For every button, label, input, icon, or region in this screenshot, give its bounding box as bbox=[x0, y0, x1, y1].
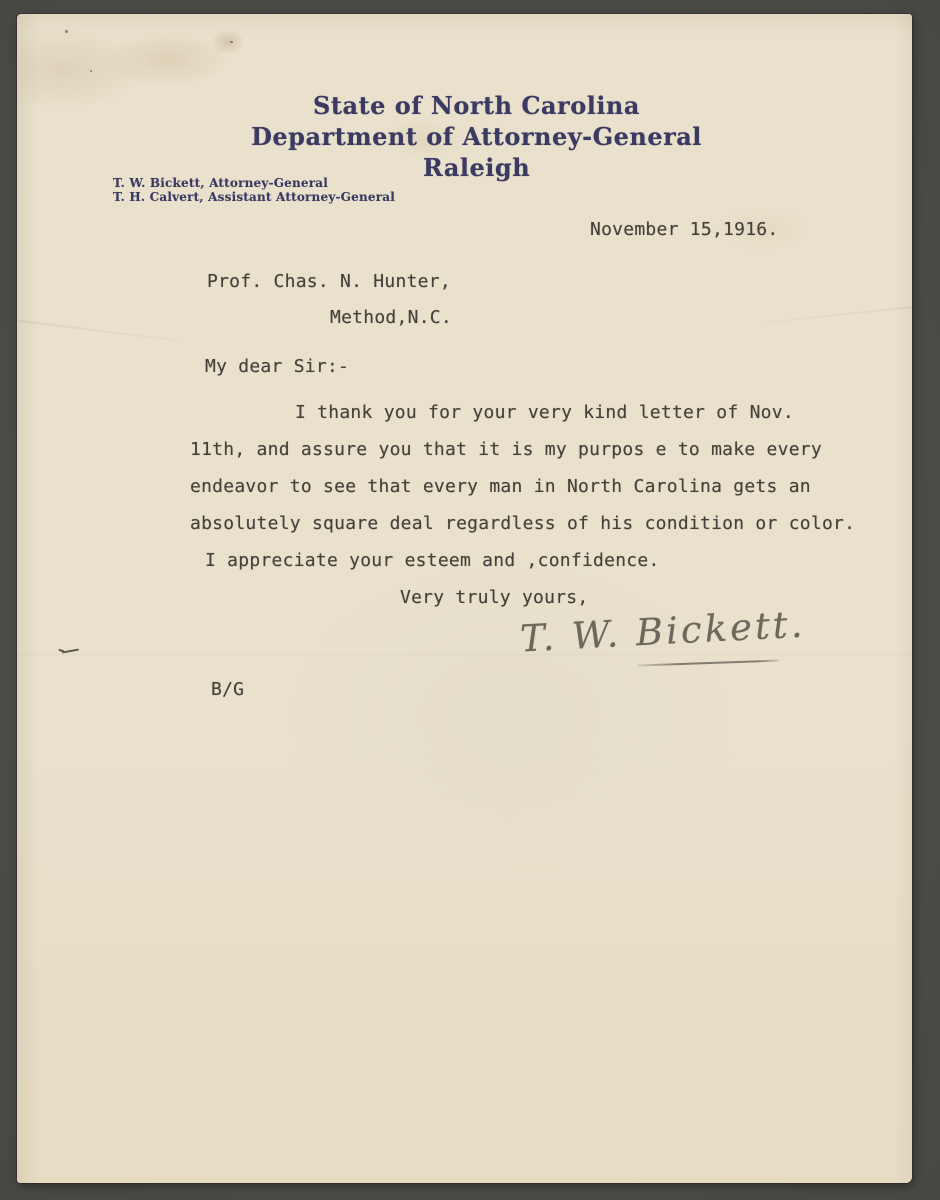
body-line: 11th, and assure you that it is my purpo… bbox=[190, 431, 890, 468]
recipient-name: Prof. Chas. N. Hunter, bbox=[207, 270, 451, 294]
typist-initials: B/G bbox=[211, 678, 244, 702]
letterhead-officials: T. W. Bickett, Attorney-General T. H. Ca… bbox=[113, 176, 395, 204]
body-line: endeavor to see that every man in North … bbox=[190, 468, 890, 505]
scan-background: State of North Carolina Department of At… bbox=[0, 0, 940, 1200]
letterhead-state-line: State of North Carolina bbox=[41, 90, 912, 121]
paper-speck bbox=[65, 30, 68, 33]
body-line: I appreciate your esteem and ,confidence… bbox=[190, 542, 890, 579]
official-attorney-general: T. W. Bickett, Attorney-General bbox=[113, 176, 395, 190]
salutation: My dear Sir:- bbox=[205, 355, 349, 379]
closing-line: Very truly yours, bbox=[400, 586, 588, 610]
pen-mark bbox=[62, 649, 79, 654]
letter-body: I thank you for your very kind letter of… bbox=[190, 394, 890, 579]
letterhead-department-line: Department of Attorney-General bbox=[41, 121, 912, 152]
letter-page: State of North Carolina Department of At… bbox=[17, 14, 912, 1183]
paper-crease bbox=[762, 306, 911, 324]
body-line: I thank you for your very kind letter of… bbox=[190, 394, 890, 431]
paper-speck bbox=[90, 70, 92, 72]
paper-speck bbox=[230, 41, 233, 43]
paper-crease bbox=[18, 320, 187, 343]
body-line: absolutely square deal regardless of his… bbox=[190, 505, 890, 542]
official-assistant-attorney-general: T. H. Calvert, Assistant Attorney-Genera… bbox=[113, 190, 395, 204]
recipient-address: Method,N.C. bbox=[330, 306, 452, 330]
paper-crease bbox=[17, 654, 912, 655]
letterhead: State of North Carolina Department of At… bbox=[41, 90, 912, 183]
date-line: November 15,1916. bbox=[590, 218, 778, 242]
signature-flourish bbox=[637, 660, 779, 667]
signature-handwritten: T. W. Bickett. bbox=[519, 603, 806, 661]
